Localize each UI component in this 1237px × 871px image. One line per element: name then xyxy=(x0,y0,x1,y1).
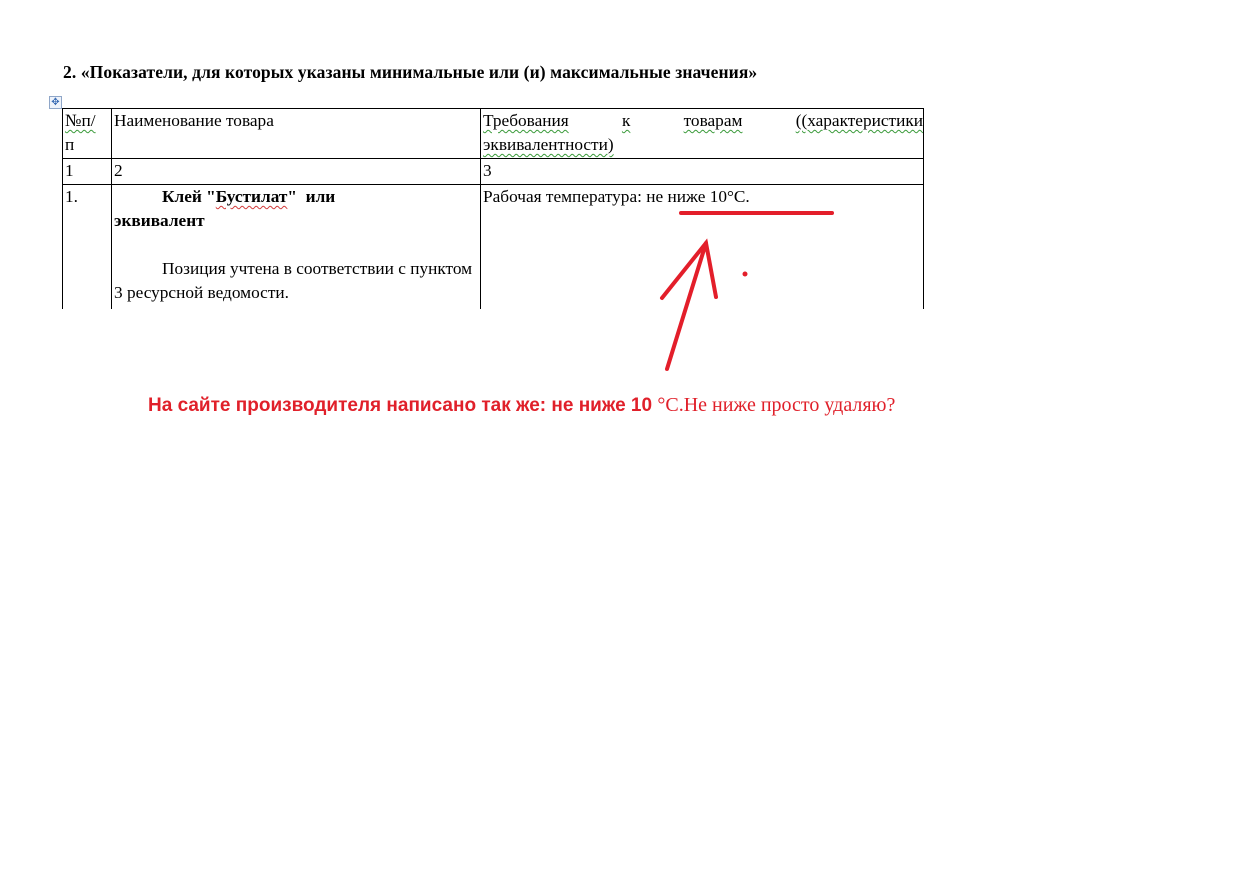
requirement-label: Рабочая температура: xyxy=(483,187,646,206)
requirements-table: №п/ п Наименование товара Требования к т… xyxy=(62,108,924,309)
row-number: 1. xyxy=(63,185,112,309)
column-number-cell: 1 xyxy=(63,159,112,185)
product-brand: Бустилат xyxy=(216,187,288,206)
product-cell: Клей "Бустилат" илиэквивалент Позиция уч… xyxy=(112,185,481,309)
header-cell-number: №п/ п xyxy=(63,109,112,159)
product-note: Позиция учтена в соответствии с пунктом … xyxy=(114,257,480,305)
header-requirements-line1: Требования к товарам ((характеристики xyxy=(483,109,923,133)
product-name: Клей "Бустилат" илиэквивалент xyxy=(114,185,480,233)
table-row: 1. Клей "Бустилат" илиэквивалент Позиция… xyxy=(63,185,924,309)
annotation-comment: На сайте производителя написано так же: … xyxy=(148,391,928,420)
header-cell-requirements: Требования к товарам ((характеристики эк… xyxy=(481,109,924,159)
header-requirements-line2: эквивалентности) xyxy=(483,135,614,154)
column-numbers-row: 1 2 3 xyxy=(63,159,924,185)
column-number-cell: 2 xyxy=(112,159,481,185)
section-heading: 2. «Показатели, для которых указаны мини… xyxy=(63,62,757,83)
header-cell-name: Наименование товара xyxy=(112,109,481,159)
annotation-bold-text: На сайте производителя написано так же: … xyxy=(148,395,657,416)
table-move-handle-icon[interactable]: ✥ xyxy=(49,96,62,109)
requirement-cell: Рабочая температура: не ниже 10°С. xyxy=(481,185,924,309)
section-title: «Показатели, для которых указаны минимал… xyxy=(81,62,757,82)
requirement-value: не ниже 10°С. xyxy=(646,187,749,206)
table-header-row: №п/ п Наименование товара Требования к т… xyxy=(63,109,924,159)
column-number-cell: 3 xyxy=(481,159,924,185)
section-number: 2. xyxy=(63,62,76,82)
annotation-regular-text: °С.Не ниже просто удаляю? xyxy=(657,394,895,416)
